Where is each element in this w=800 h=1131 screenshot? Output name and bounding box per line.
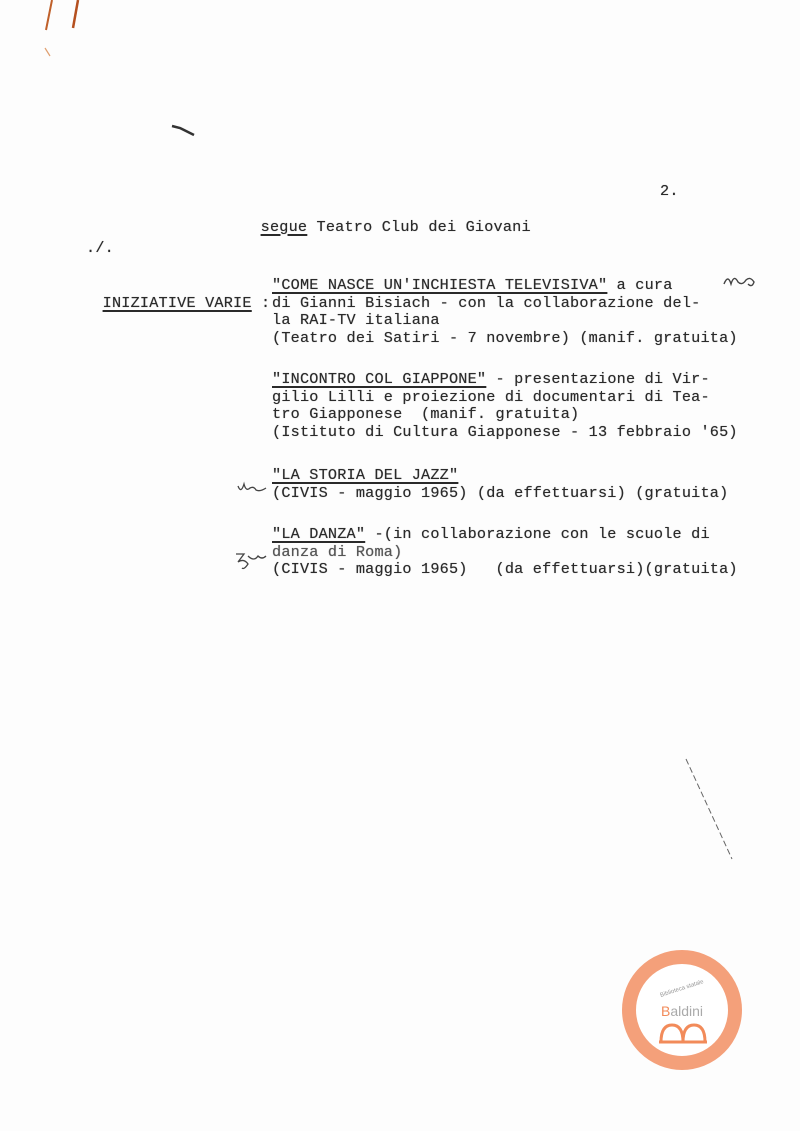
heading-title: Teatro Club dei Giovani (317, 218, 531, 236)
entry-4: "LA DANZA" -(in collaborazione con le sc… (272, 526, 738, 579)
handwritten-note-icon (234, 548, 270, 574)
section-label-row: INIZIATIVE VARIE : (84, 277, 270, 312)
section-label: INIZIATIVE VARIE (103, 294, 252, 312)
section-separator: : (261, 294, 270, 312)
page-heading: segue Teatro Club dei Giovani (242, 201, 531, 236)
heading-prefix: segue (261, 218, 308, 236)
entry-2: "INCONTRO COL GIAPPONE" - presentazione … (272, 371, 738, 441)
ink-smudge (168, 120, 198, 140)
logo-name: Baldini (622, 1003, 742, 1019)
page-number: 2. (660, 183, 679, 201)
pen-marks-top-left (40, 0, 100, 60)
open-book-icon (658, 1022, 708, 1044)
library-logo: Biblioteca statale Baldini (622, 950, 742, 1070)
entry-title: "INCONTRO COL GIAPPONE" (272, 370, 486, 388)
entry-title: "COME NASCE UN'INCHIESTA TELEVISIVA" (272, 276, 607, 294)
handwritten-note-icon (722, 270, 762, 294)
continuation-mark: ./. (86, 240, 114, 258)
entry-1: "COME NASCE UN'INCHIESTA TELEVISIVA" a c… (272, 277, 738, 347)
pencil-stroke (680, 755, 740, 865)
entry-title: "LA STORIA DEL JAZZ" (272, 466, 458, 484)
entry-3: "LA STORIA DEL JAZZ" (CIVIS - maggio 196… (272, 467, 728, 502)
handwritten-note-icon (236, 478, 270, 498)
entry-title: "LA DANZA" (272, 525, 365, 543)
